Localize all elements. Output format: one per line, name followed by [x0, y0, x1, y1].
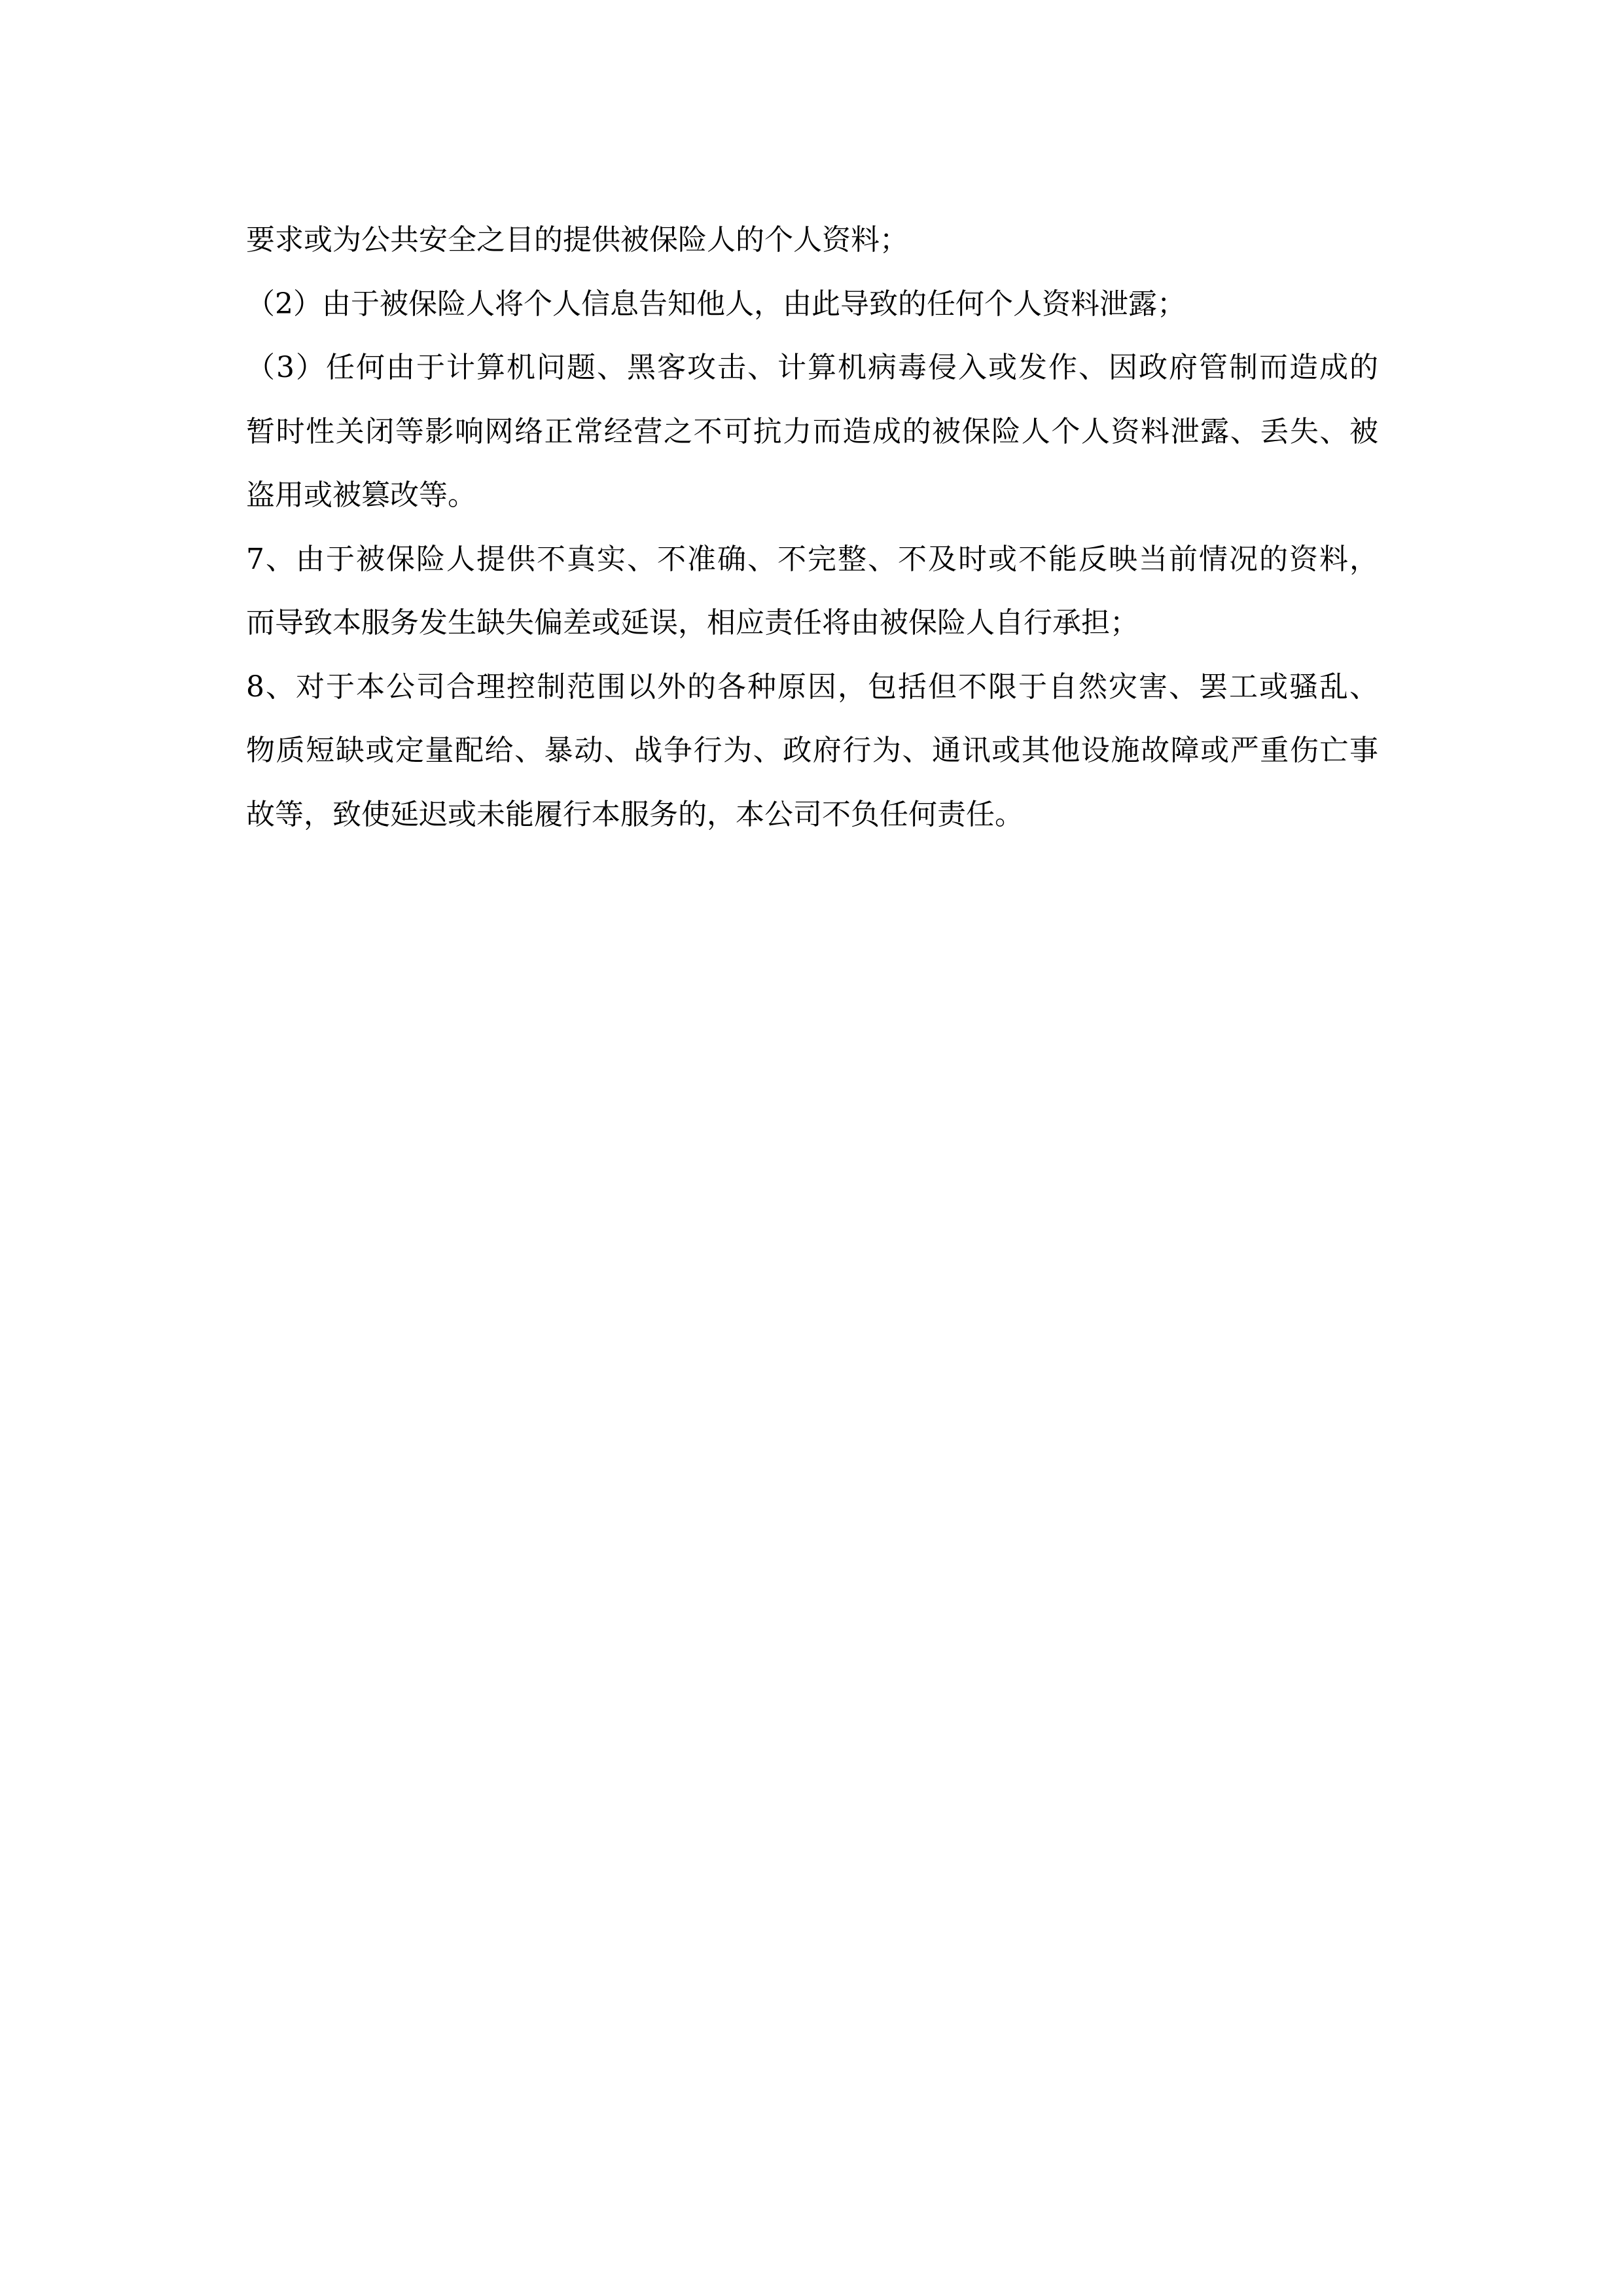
text-line: 而导致本服务发生缺失偏差或延误，相应责任将由被保险人自行承担；: [246, 591, 1378, 655]
text-line: 物质短缺或定量配给、暴动、战争行为、政府行为、通讯或其他设施故障或严重伤亡事: [246, 719, 1378, 783]
document-body: 要求或为公共安全之目的提供被保险人的个人资料； （2）由于被保险人将个人信息告知…: [246, 208, 1378, 846]
text-line: 要求或为公共安全之目的提供被保险人的个人资料；: [246, 208, 1378, 272]
document-page: 要求或为公共安全之目的提供被保险人的个人资料； （2）由于被保险人将个人信息告知…: [0, 0, 1623, 2296]
paragraph-clause-8: 8、对于本公司合理控制范围以外的各种原因，包括但不限于自然灾害、罢工或骚乱、 物…: [246, 655, 1378, 847]
paragraph-clause-7: 7、由于被保险人提供不真实、不准确、不完整、不及时或不能反映当前情况的资料， 而…: [246, 528, 1378, 655]
text-line: （2）由于被保险人将个人信息告知他人，由此导致的任何个人资料泄露；: [246, 272, 1378, 336]
paragraph-clause-6-2: （2）由于被保险人将个人信息告知他人，由此导致的任何个人资料泄露；: [246, 272, 1378, 336]
text-line: （3）任何由于计算机问题、黑客攻击、计算机病毒侵入或发作、因政府管制而造成的: [246, 336, 1378, 400]
text-line: 盗用或被篡改等。: [246, 463, 1378, 528]
text-line: 8、对于本公司合理控制范围以外的各种原因，包括但不限于自然灾害、罢工或骚乱、: [246, 655, 1378, 719]
text-line: 故等，致使延迟或未能履行本服务的，本公司不负任何责任。: [246, 783, 1378, 847]
paragraph-clause-6-3: （3）任何由于计算机问题、黑客攻击、计算机病毒侵入或发作、因政府管制而造成的 暂…: [246, 336, 1378, 528]
text-line: 暂时性关闭等影响网络正常经营之不可抗力而造成的被保险人个人资料泄露、丢失、被: [246, 400, 1378, 464]
paragraph-clause-6-1-continuation: 要求或为公共安全之目的提供被保险人的个人资料；: [246, 208, 1378, 272]
text-line: 7、由于被保险人提供不真实、不准确、不完整、不及时或不能反映当前情况的资料，: [246, 528, 1378, 592]
